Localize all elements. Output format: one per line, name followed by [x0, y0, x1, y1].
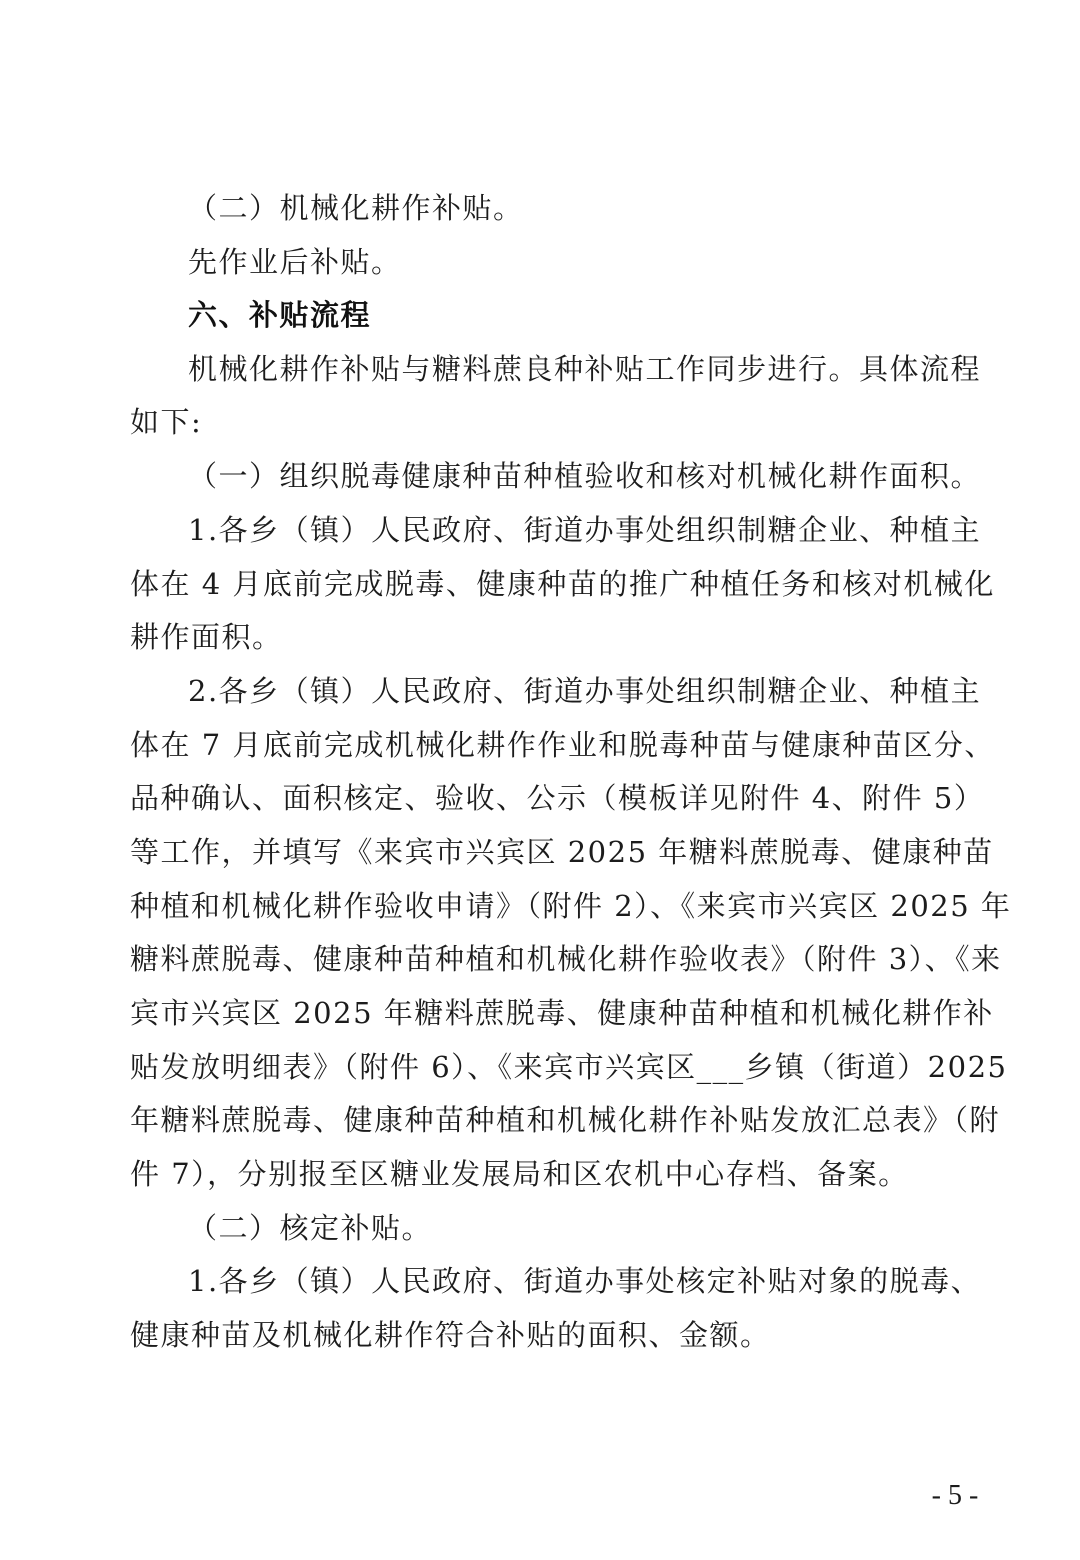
item-1-line-2: 体在 4 月底前完成脱毒、健康种苗的推广种植任务和核对机械化: [130, 566, 980, 602]
item-2-line-8: 贴发放明细表》（附件 6）、《来宾市兴宾区___乡镇（街道）2025: [130, 1049, 980, 1085]
subsection-heading-mechanized-farming-subsidy: （二）机械化耕作补贴。: [188, 190, 980, 226]
item-2-line-6: 糖料蔗脱毒、健康种苗种植和机械化耕作验收表》（附件 3）、《来: [130, 941, 980, 977]
document-page: （二）机械化耕作补贴。 先作业后补贴。 六、补贴流程 机械化耕作补贴与糖料蔗良种…: [0, 0, 1080, 1560]
item-2-line-5: 种植和机械化耕作验收申请》（附件 2）、《来宾市兴宾区 2025 年: [130, 888, 980, 924]
paragraph-process-intro-line-2: 如下:: [130, 404, 980, 440]
verify-item-1-line-2: 健康种苗及机械化耕作符合补贴的面积、金额。: [130, 1317, 980, 1353]
item-2-line-9: 年糖料蔗脱毒、健康种苗种植和机械化耕作补贴发放汇总表》（附: [130, 1102, 980, 1138]
item-1-line-3: 耕作面积。: [130, 619, 980, 655]
item-2-line-10: 件 7），分别报至区糖业发展局和区农机中心存档、备案。: [130, 1156, 980, 1192]
item-2-line-4: 等工作，并填写《来宾市兴宾区 2025 年糖料蔗脱毒、健康种苗: [130, 834, 980, 870]
paragraph-process-intro-line-1: 机械化耕作补贴与糖料蔗良种补贴工作同步进行。具体流程: [188, 351, 980, 387]
item-2-line-1: 2.各乡（镇）人民政府、街道办事处组织制糖企业、种植主: [188, 673, 980, 709]
subsection-heading-organize-acceptance: （一）组织脱毒健康种苗种植验收和核对机械化耕作面积。: [188, 458, 980, 494]
item-2-line-7: 宾市兴宾区 2025 年糖料蔗脱毒、健康种苗种植和机械化耕作补: [130, 995, 980, 1031]
item-2-line-2: 体在 7 月底前完成机械化耕作作业和脱毒种苗与健康种苗区分、: [130, 727, 980, 763]
subsection-heading-verify-subsidy: （二）核定补贴。: [188, 1210, 980, 1246]
page-number: - 5 -: [920, 1478, 990, 1514]
section-heading-subsidy-process: 六、补贴流程: [188, 297, 980, 333]
paragraph-work-first-subsidy-later: 先作业后补贴。: [188, 244, 980, 280]
verify-item-1-line-1: 1.各乡（镇）人民政府、街道办事处核定补贴对象的脱毒、: [188, 1263, 980, 1299]
item-2-line-3: 品种确认、面积核定、验收、公示（模板详见附件 4、附件 5）: [130, 780, 980, 816]
item-1-line-1: 1.各乡（镇）人民政府、街道办事处组织制糖企业、种植主: [188, 512, 980, 548]
